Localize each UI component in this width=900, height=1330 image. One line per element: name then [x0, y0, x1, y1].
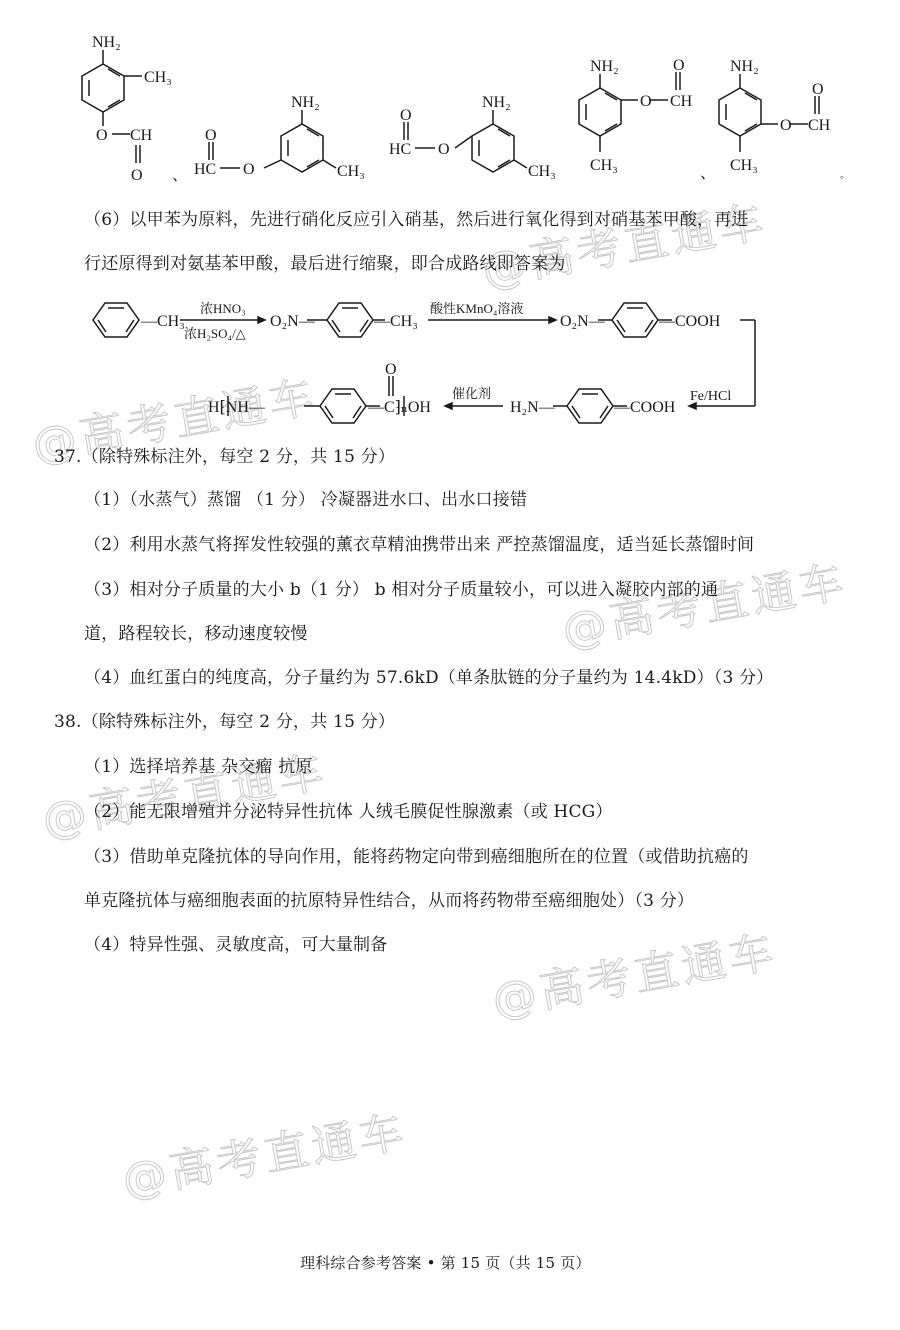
- svg-text:O: O: [205, 127, 217, 144]
- svg-text:O: O: [400, 107, 412, 124]
- q37-item: （3）相对分子质量的大小 b（1 分） b 相对分子质量较小，可以进入凝胶内部的…: [84, 580, 718, 600]
- q37-item: （4）血红蛋白的纯度高，分子量约为 57.6kD（单条肽链的分子量约为 14.4…: [84, 668, 774, 688]
- isomer-structures: NH₂ CH₃ O CH O 、 NH₂ O HC O CH₃ NH₂ O HC…: [0, 0, 900, 195]
- svg-text:—COOH: —COOH: [658, 313, 721, 330]
- svg-text:—COOH: —COOH: [613, 399, 676, 416]
- q38-item: （3）借助单克隆抗体的导向作用，能将药物定向带到癌细胞所在的位置（或借助抗癌的: [84, 847, 749, 867]
- svg-text:O: O: [673, 57, 685, 74]
- svg-text:HC: HC: [389, 141, 411, 158]
- svg-text:、: 、: [172, 167, 188, 184]
- svg-text:。: 。: [840, 170, 850, 181]
- q38-header: 38.（除特殊标注外，每空 2 分，共 15 分）: [54, 712, 395, 732]
- watermark: @高考直通车: [487, 915, 782, 1028]
- svg-text:O: O: [780, 117, 792, 134]
- svg-text:浓HNO₃: 浓HNO₃: [200, 301, 246, 316]
- q37-item: （2）利用水蒸气将挥发性较强的薰衣草精油携带出来 严控蒸馏温度，适当延长蒸馏时间: [84, 535, 754, 555]
- svg-text:—CH₃: —CH₃: [140, 313, 185, 330]
- q38-item: （4）特异性强、灵敏度高，可大量制备: [84, 935, 387, 955]
- watermark: @高考直通车: [117, 1095, 412, 1208]
- svg-text:O: O: [438, 141, 450, 158]
- svg-text:CH₃: CH₃: [144, 69, 172, 86]
- svg-text:O: O: [385, 361, 397, 378]
- svg-text:浓H₂SO₄/△: 浓H₂SO₄/△: [184, 326, 246, 341]
- watermark: @高考直通车: [37, 735, 332, 848]
- svg-text:CH: CH: [670, 93, 693, 110]
- svg-text:O: O: [243, 161, 255, 178]
- svg-text:NH₂: NH₂: [92, 34, 121, 51]
- svg-text:O: O: [131, 167, 143, 184]
- svg-text:催化剂: 催化剂: [452, 386, 491, 401]
- q38-item: 单克隆抗体与癌细胞表面的抗原特异性结合，从而将药物带至癌细胞处）（3 分）: [84, 891, 694, 911]
- svg-text:O: O: [640, 93, 652, 110]
- svg-text:HC: HC: [194, 161, 216, 178]
- svg-text:O: O: [96, 127, 108, 144]
- svg-text:CH: CH: [130, 127, 153, 144]
- q36-part6-line1: （6）以甲苯为原料，先进行硝化反应引入硝基，然后进行氧化得到对硝基苯甲酸，再进: [84, 210, 749, 230]
- svg-text:O₂N—: O₂N—: [270, 313, 316, 330]
- svg-text:H⁅NH—: H⁅NH—: [208, 399, 266, 416]
- svg-text:CH: CH: [808, 117, 831, 134]
- svg-text:CH₃: CH₃: [590, 157, 618, 174]
- svg-text:—CH₃: —CH₃: [373, 313, 418, 330]
- svg-text:CH₃: CH₃: [730, 157, 758, 174]
- svg-text:CH₃: CH₃: [528, 163, 556, 180]
- svg-text:CH₃: CH₃: [337, 163, 365, 180]
- svg-text:酸性KMnO₄溶液: 酸性KMnO₄溶液: [430, 301, 523, 316]
- svg-text:O: O: [812, 81, 824, 98]
- q37-header: 37.（除特殊标注外，每空 2 分，共 15 分）: [54, 447, 395, 467]
- svg-text:O₂N—: O₂N—: [560, 313, 606, 330]
- svg-text:NH₂: NH₂: [590, 58, 619, 75]
- svg-text:NH₂: NH₂: [291, 94, 320, 111]
- svg-text:H₂N—: H₂N—: [510, 399, 556, 416]
- svg-text:NH₂: NH₂: [482, 94, 511, 111]
- q36-part6-line2: 行还原得到对氨基苯甲酸，最后进行缩聚，即合成路线即答案为: [84, 254, 566, 274]
- svg-text:NH₂: NH₂: [730, 58, 759, 75]
- synthesis-route: —CH₃ 浓HNO₃ 浓H₂SO₄/△ O₂N— —CH₃ 酸性KMnO₄溶液 …: [0, 280, 900, 430]
- watermark: @高考直通车: [557, 545, 852, 658]
- page-footer: 理科综合参考答案 • 第 15 页（共 15 页）: [300, 1253, 591, 1273]
- q38-item: （1）选择培养基 杂交瘤 抗原: [84, 757, 313, 777]
- q37-item: 道，路程较长，移动速度较慢: [84, 624, 308, 644]
- svg-text:、: 、: [700, 165, 716, 182]
- q38-item: （2）能无限增殖并分泌特异性抗体 人绒毛膜促性腺激素（或 HCG）: [84, 802, 613, 822]
- svg-text:Fe/HCl: Fe/HCl: [690, 389, 731, 404]
- q37-item: （1）（水蒸气）蒸馏 （1 分） 冷凝器进水口、出水口接错: [84, 490, 527, 510]
- svg-text:—C⁆ₙOH: —C⁆ₙOH: [367, 399, 431, 416]
